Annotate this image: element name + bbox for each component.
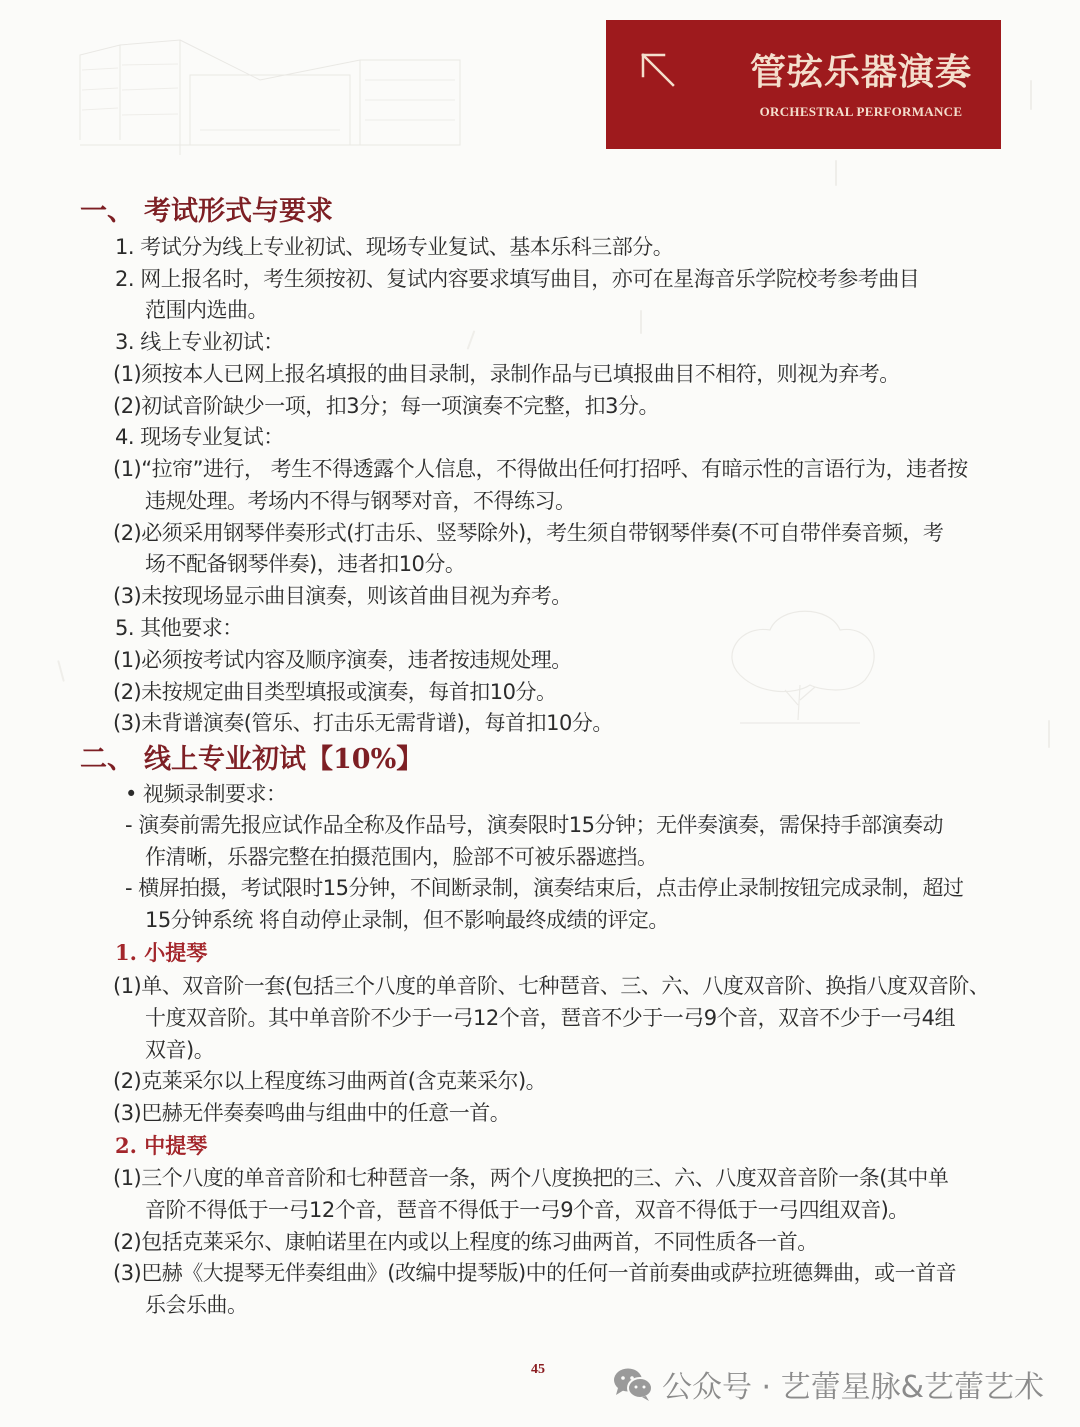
- list-item: 1. 考试分为线上专业初试、现场专业复试、基本乐科三部分。: [115, 232, 673, 263]
- sub-list-item-continuation: 场不配备钢琴伴奏)，违者扣10分。: [145, 549, 465, 580]
- sub-list-item-continuation: 乐会乐曲。: [145, 1290, 248, 1321]
- page-number: 45: [531, 1362, 545, 1378]
- paper-fiber: [57, 660, 65, 682]
- wechat-icon: [612, 1366, 654, 1402]
- sub-list-item: (1)三个八度的单音音阶和七种琶音一条，两个八度换把的三、六、八度双音音阶一条(…: [113, 1163, 948, 1194]
- sub-list-item: (3)巴赫无伴奏奏鸣曲与组曲中的任意一首。: [113, 1098, 510, 1129]
- paper-fiber: [467, 330, 476, 349]
- sub-list-item-continuation: 音阶不得低于一弓12个音，琶音不得低于一弓9个音，双音不得低于一弓四组双音)。: [145, 1195, 909, 1226]
- section-title: 线上专业初试【10%】: [144, 744, 423, 775]
- list-item-continuation: 范围内选曲。: [145, 295, 268, 326]
- sub-list-item: (1)必须按考试内容及顺序演奏，违者按违规处理。: [113, 645, 572, 676]
- arrow-up-left-icon: [640, 52, 676, 88]
- subsection-heading-viola: 2. 中提琴: [115, 1130, 207, 1161]
- list-item: 5. 其他要求：: [115, 613, 243, 644]
- subsection-heading-violin: 1. 小提琴: [115, 937, 207, 968]
- list-item: 2. 网上报名时，考生须按初、复试内容要求填写曲目，亦可在星海音乐学院校考参考曲…: [115, 264, 919, 295]
- sub-list-item: (2)必须采用钢琴伴奏形式(打击乐、竖琴除外)，考生须自带钢琴伴奏(不可自带伴奏…: [113, 518, 943, 549]
- sub-list-item: (1)“拉帘”进行， 考生不得透露个人信息，不得做出任何打招呼、有暗示性的言语行…: [113, 454, 968, 485]
- section-number: 二、: [80, 742, 144, 778]
- list-item: 3. 线上专业初试：: [115, 327, 284, 358]
- paper-fiber: [1030, 80, 1032, 110]
- banner-subtitle: ORCHESTRAL PERFORMANCE: [746, 104, 976, 120]
- dash-item: - 演奏前需先报应试作品全称及作品号，演奏限时15分钟；无伴奏演奏，需保持手部演…: [125, 810, 943, 841]
- dash-item-continuation: 作清晰，乐器完整在拍摄范围内，脸部不可被乐器遮挡。: [145, 842, 658, 873]
- sub-list-item: (1)单、双音阶一套(包括三个八度的单音阶、七种琶音、三、六、八度双音阶、换指八…: [113, 971, 989, 1002]
- list-item: 4. 现场专业复试：: [115, 422, 284, 453]
- paper-fiber: [835, 160, 837, 186]
- sub-list-item: (3)巴赫《大提琴无伴奏组曲》(改编中提琴版)中的任何一首前奏曲或萨拉班德舞曲，…: [113, 1258, 956, 1289]
- sub-list-item: (2)初试音阶缺少一项，扣3分；每一项演奏不完整，扣3分。: [113, 391, 659, 422]
- sub-list-item-continuation: 十度双音阶。其中单音阶不少于一弓12个音，琶音不少于一弓9个音，双音不少于一弓4…: [145, 1003, 955, 1034]
- sub-list-item: (2)包括克莱采尔、康帕诺里在内或以上程度的练习曲两首，不同性质各一首。: [113, 1227, 818, 1258]
- sub-list-item-continuation: 双音)。: [145, 1035, 214, 1066]
- dash-item: - 横屏拍摄，考试限时15分钟，不间断录制，演奏结束后，点击停止录制按钮完成录制…: [125, 873, 963, 904]
- section-number: 一、: [80, 194, 144, 230]
- bullet-item: • 视频录制要求：: [125, 779, 287, 810]
- wechat-watermark: 公众号 · 艺蕾星脉&艺蕾艺术: [612, 1364, 1044, 1404]
- sub-list-item: (3)未按现场显示曲目演奏，则该首曲目视为弃考。: [113, 581, 572, 612]
- sub-list-item: (2)克莱采尔以上程度练习曲两首(含克莱采尔)。: [113, 1066, 546, 1097]
- tree-sketch-illustration: [700, 595, 900, 735]
- watermark-text: 公众号 · 艺蕾星脉&艺蕾艺术: [662, 1362, 1044, 1406]
- paper-fiber: [1048, 720, 1050, 748]
- section-heading-1: 一、考试形式与要求: [80, 194, 333, 230]
- building-sketch-illustration: [70, 20, 470, 155]
- dash-item-continuation: 15分钟系统 将自动停止录制，但不影响最终成绩的评定。: [145, 905, 669, 936]
- paper-fiber: [640, 310, 642, 334]
- section-heading-2: 二、线上专业初试【10%】: [80, 742, 423, 778]
- sub-list-item-continuation: 违规处理。考场内不得与钢琴对音，不得练习。: [145, 486, 576, 517]
- sub-list-item: (2)未按规定曲目类型填报或演奏，每首扣10分。: [113, 677, 556, 708]
- sub-list-item: (1)须按本人已网上报名填报的曲目录制，录制作品与已填报曲目不相符，则视为弃考。: [113, 359, 900, 390]
- section-banner: 管弦乐器演奏 ORCHESTRAL PERFORMANCE: [606, 20, 1001, 149]
- sub-list-item: (3)未背谱演奏(管乐、打击乐无需背谱)，每首扣10分。: [113, 708, 613, 739]
- section-title: 考试形式与要求: [144, 196, 333, 227]
- banner-title: 管弦乐器演奏: [746, 44, 976, 95]
